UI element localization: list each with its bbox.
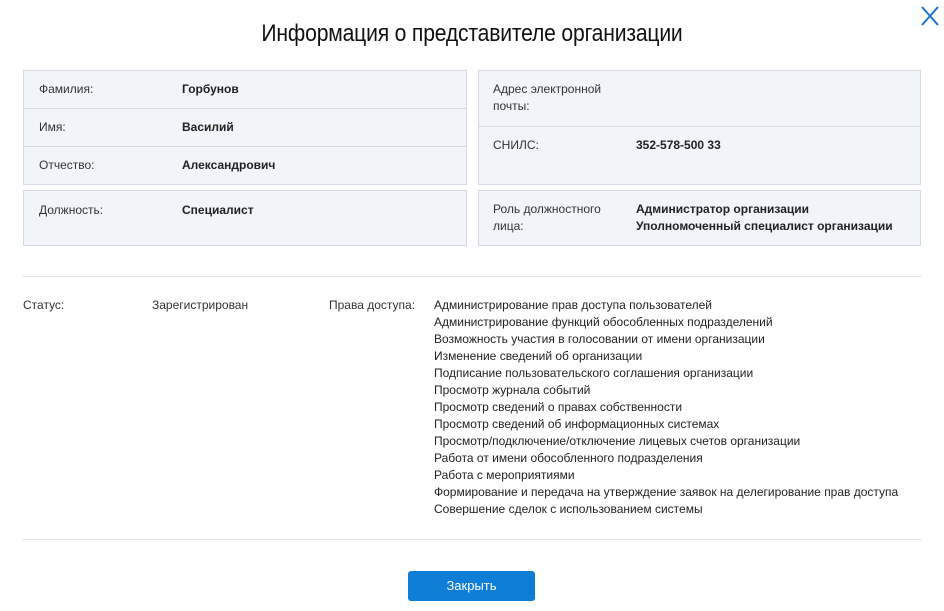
last-name-row: Фамилия: Горбунов bbox=[24, 71, 466, 109]
snils-label: СНИЛС: bbox=[493, 137, 539, 154]
role-item: Уполномоченный специалист организации bbox=[636, 219, 893, 233]
access-rights-list: Администрирование прав доступа пользоват… bbox=[434, 297, 898, 518]
contact-panel: Адрес электронной почты: СНИЛС: 352-578-… bbox=[478, 70, 921, 185]
access-right-item: Работа с мероприятиями bbox=[434, 467, 898, 484]
divider-bottom bbox=[23, 539, 921, 540]
dialog-title: Информация о представителе организации bbox=[57, 20, 888, 48]
patronymic-value: Александрович bbox=[182, 157, 275, 174]
access-right-item: Администрирование функций обособленных п… bbox=[434, 314, 898, 331]
first-name-value: Василий bbox=[182, 119, 234, 136]
role-label-line1: Роль должностного bbox=[493, 202, 601, 216]
email-label-line1: Адрес электронной bbox=[493, 82, 601, 96]
last-name-label: Фамилия: bbox=[39, 81, 93, 98]
access-right-item: Изменение сведений об организации bbox=[434, 348, 898, 365]
position-value: Специалист bbox=[182, 202, 254, 219]
access-right-item: Работа от имени обособленного подразделе… bbox=[434, 450, 898, 467]
patronymic-label: Отчество: bbox=[39, 157, 95, 174]
access-right-item: Просмотр/подключение/отключение лицевых … bbox=[434, 433, 898, 450]
first-name-label: Имя: bbox=[39, 119, 66, 136]
patronymic-row: Отчество: Александрович bbox=[24, 147, 466, 185]
email-label: Адрес электронной почты: bbox=[493, 81, 601, 115]
email-row: Адрес электронной почты: bbox=[479, 71, 920, 127]
email-label-line2: почты: bbox=[493, 99, 530, 113]
access-right-item: Совершение сделок с использованием систе… bbox=[434, 501, 898, 518]
role-item: Администратор организации bbox=[636, 202, 809, 216]
access-right-item: Просмотр журнала событий bbox=[434, 382, 898, 399]
snils-value: 352-578-500 33 bbox=[636, 137, 721, 154]
close-button[interactable]: Закрыть bbox=[408, 571, 535, 601]
last-name-value: Горбунов bbox=[182, 81, 239, 98]
role-values: Администратор организации Уполномоченный… bbox=[636, 201, 893, 235]
access-right-item: Просмотр сведений о правах собственности bbox=[434, 399, 898, 416]
role-panel: Роль должностного лица: Администратор ор… bbox=[478, 190, 921, 246]
first-name-row: Имя: Василий bbox=[24, 109, 466, 147]
close-icon[interactable] bbox=[918, 4, 942, 28]
position-label: Должность: bbox=[39, 202, 103, 219]
role-label: Роль должностного лица: bbox=[493, 201, 601, 235]
access-rights-label: Права доступа: bbox=[329, 297, 415, 314]
access-right-item: Подписание пользовательского соглашения … bbox=[434, 365, 898, 382]
access-right-item: Формирование и передача на утверждение з… bbox=[434, 484, 898, 501]
position-panel: Должность: Специалист bbox=[23, 190, 467, 246]
role-label-line2: лица: bbox=[493, 219, 524, 233]
access-right-item: Администрирование прав доступа пользоват… bbox=[434, 297, 898, 314]
divider-top bbox=[23, 276, 921, 277]
status-label: Статус: bbox=[23, 297, 64, 314]
status-value: Зарегистрирован bbox=[152, 297, 248, 314]
access-right-item: Просмотр сведений об информационных сист… bbox=[434, 416, 898, 433]
access-right-item: Возможность участия в голосовании от име… bbox=[434, 331, 898, 348]
name-panel: Фамилия: Горбунов Имя: Василий Отчество:… bbox=[23, 70, 467, 185]
snils-row: СНИЛС: 352-578-500 33 bbox=[479, 127, 920, 185]
